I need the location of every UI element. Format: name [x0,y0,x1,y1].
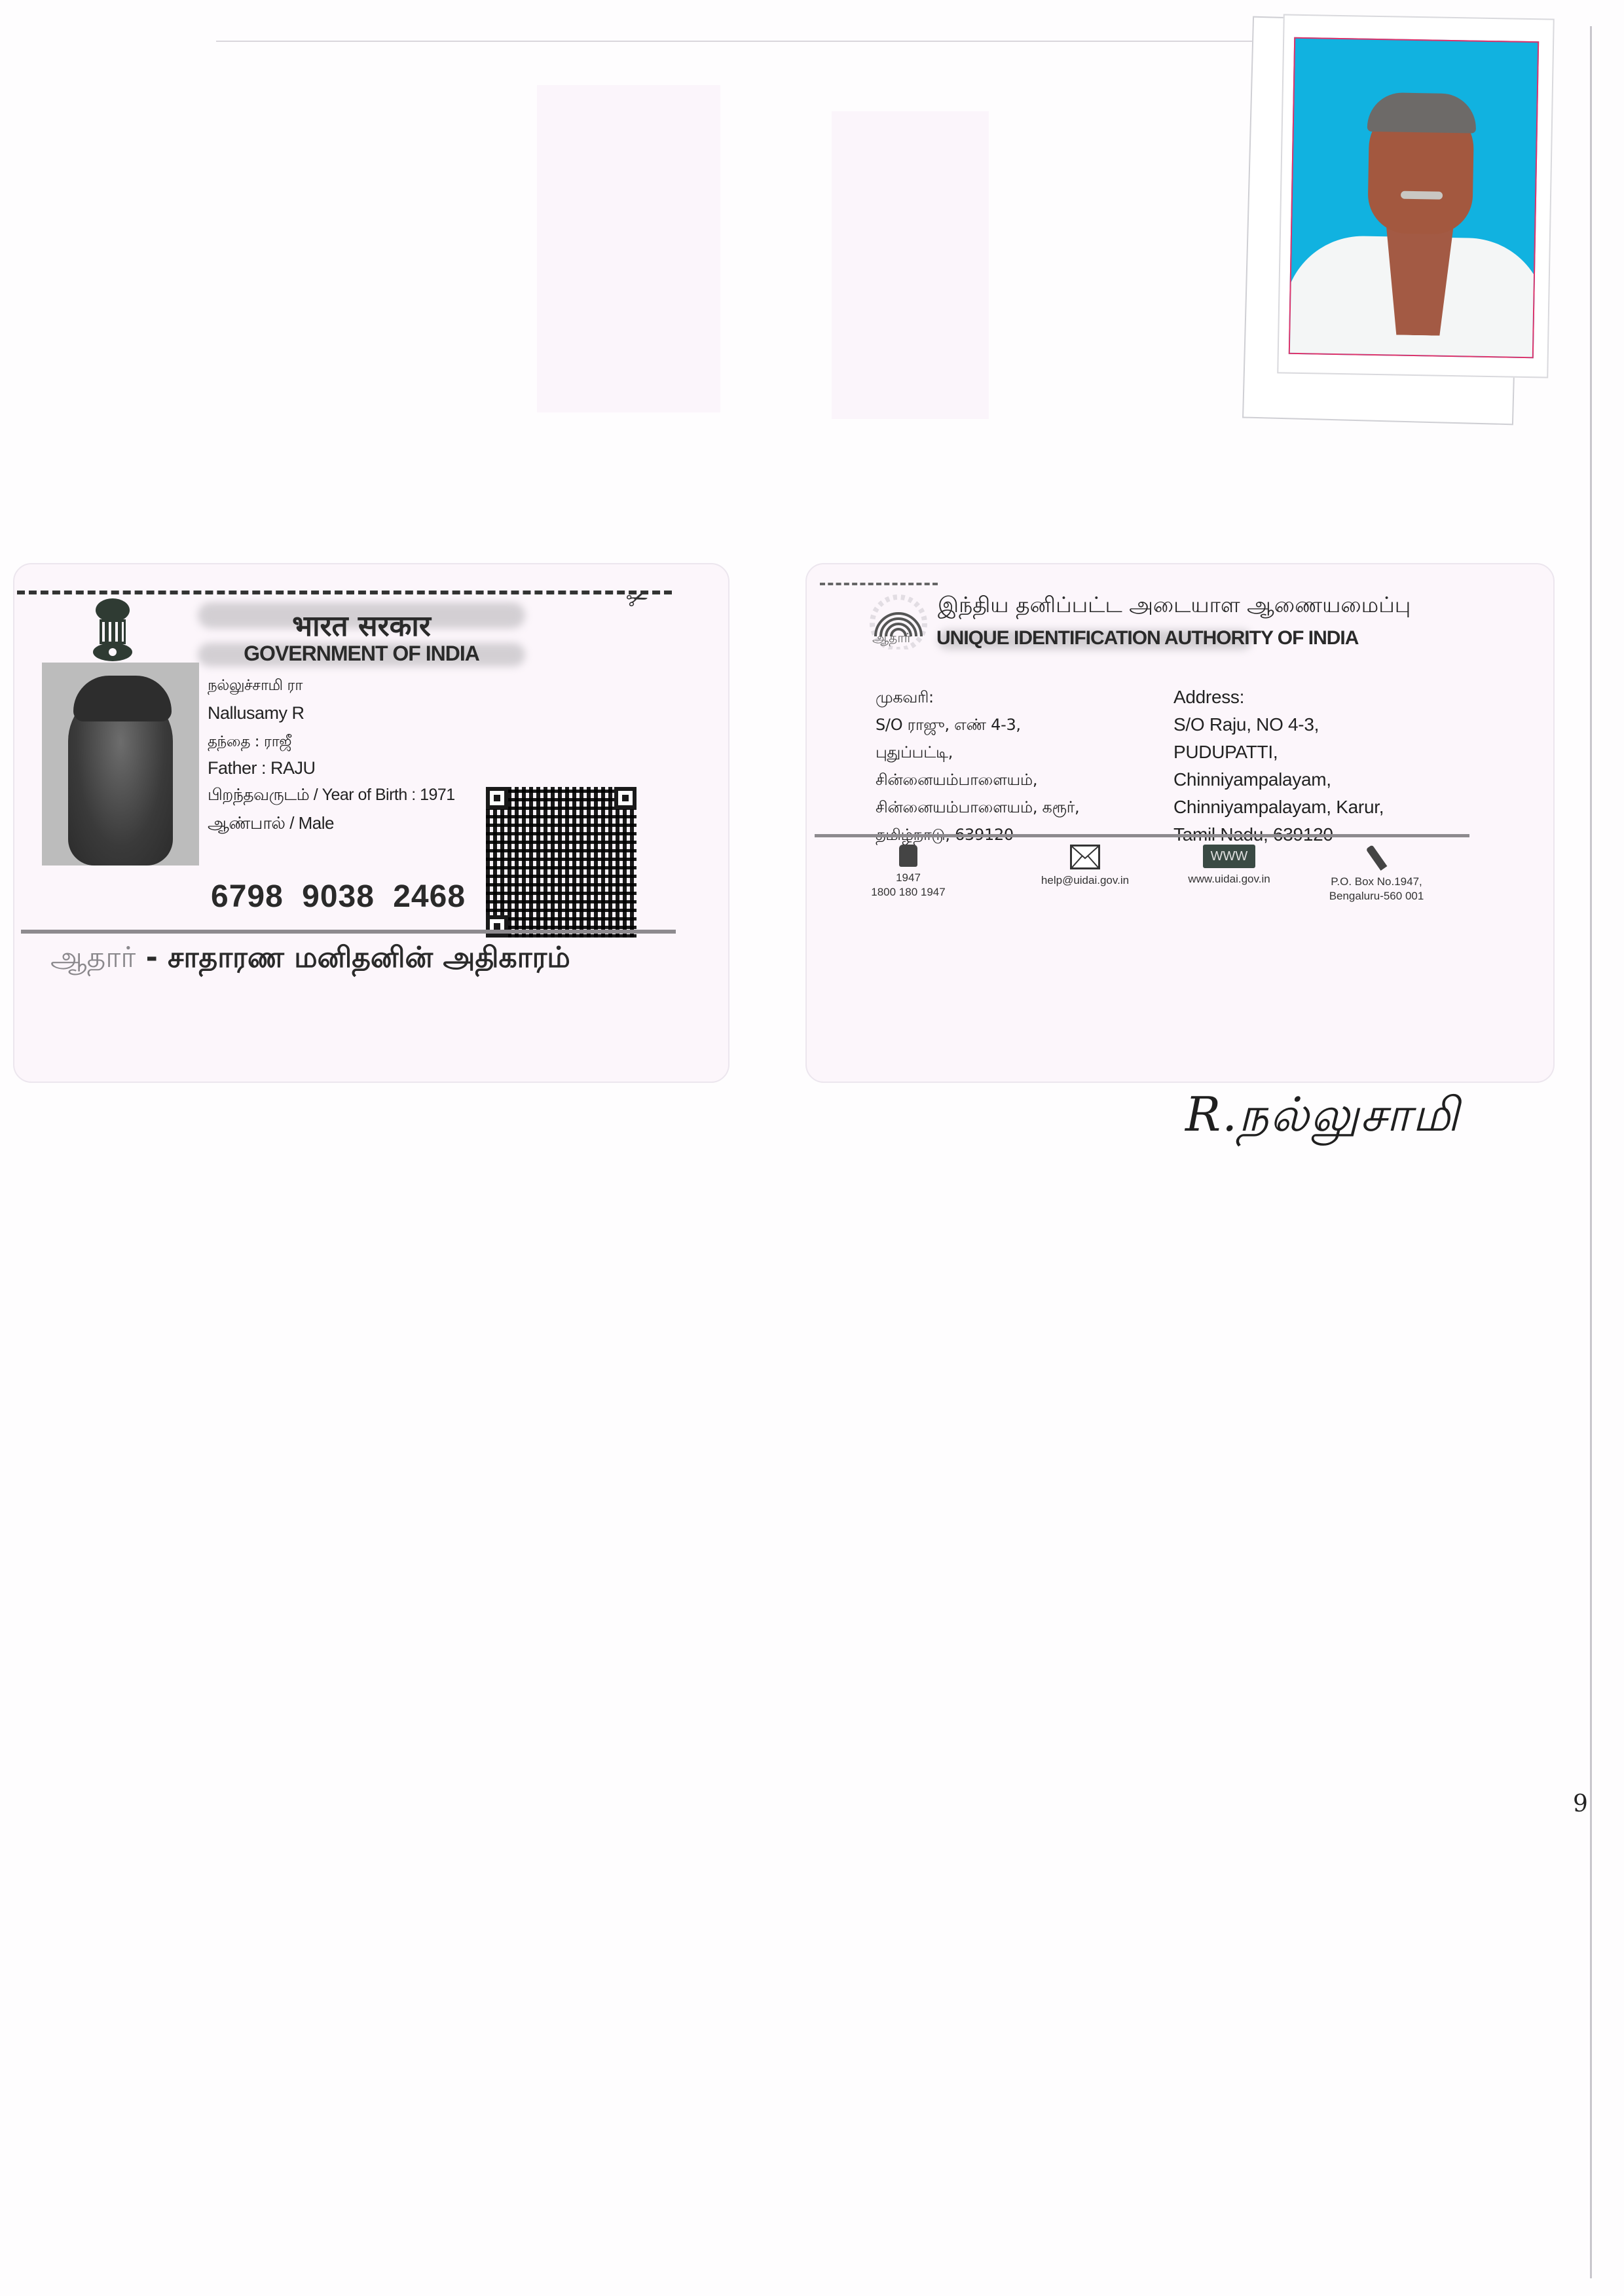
qr-finder [614,787,637,809]
aadhaar-tagline: ஆதார் - சாதாரண மனிதனின் அதிகாரம் [50,941,570,978]
gender: ஆண்பால் / Male [208,813,334,835]
father-english: Father : RAJU [208,758,316,778]
address-line: சின்னையம்பாளையம், [876,766,1079,793]
contact-email: help@uidai.gov.in [1029,845,1141,888]
address-line: Chinniyampalayam, Karur, [1173,793,1384,821]
address-line: S/O Raju, NO 4-3, [1173,711,1384,738]
divider [815,834,1469,837]
aadhaar-number: 6798 9038 2468 [211,879,466,915]
scan-outline [216,41,1297,42]
header-hindi: भारत सरकार [237,605,486,644]
phone-icon [899,845,917,867]
address-line: சின்னையம்பாளையம், கரூர், [876,793,1079,821]
divider [21,930,676,934]
qr-finder [486,915,508,938]
aadhaar-back-card: ஆதார் இந்திய தனிப்பட்ட அடையாள ஆணையமைப்பு… [805,563,1555,1083]
cut-line [820,583,938,585]
contact-line: help@uidai.gov.in [1029,873,1141,888]
address-label-tamil: முகவரி: [876,683,1079,711]
name-english: Nallusamy R [208,703,304,723]
tagline-text: - சாதாரண மனிதனின் அதிகாரம் [136,941,570,974]
address-english: Address: S/O Raju, NO 4-3, PUDUPATTI, Ch… [1173,683,1384,848]
scan-shadow [537,85,720,412]
photo-moustache [1401,191,1443,200]
scissors-icon: ✂ [622,581,653,617]
contact-line: 1800 180 1947 [866,885,951,900]
tagline-brand: ஆதார் [50,941,136,974]
scan-page-edge [1590,26,1592,2278]
address-tamil: முகவரி: S/O ராஜு, எண் 4-3, புதுப்பட்டி, … [876,683,1079,848]
address-line: PUDUPATTI, [1173,738,1384,766]
contact-line: Bengaluru-560 001 [1324,889,1429,903]
cut-line [17,591,672,594]
contact-line: 1947 [866,871,951,885]
uidai-header-tamil: இந்திய தனிப்பட்ட அடையாள ஆணையமைப்பு [938,592,1411,621]
contact-line: P.O. Box No.1947, [1324,875,1429,889]
address-label-english: Address: [1173,683,1384,711]
holder-photo-hair [73,676,172,721]
mail-icon [1070,845,1100,869]
national-emblem-icon [86,596,139,668]
year-of-birth: பிறந்தவருடம் / Year of Birth : 1971 [208,786,455,807]
header-english: GOVERNMENT OF INDIA [211,642,512,666]
name-tamil: நல்லுச்சாமி ரா [208,677,303,696]
passport-photo [1289,37,1539,358]
www-icon: WWW [1203,845,1255,868]
contact-phone: 1947 1800 180 1947 [866,845,951,900]
address-line: Chinniyampalayam, [1173,766,1384,793]
contact-website: WWW www.uidai.gov.in [1173,845,1285,886]
handwritten-margin-mark: 9 [1573,1791,1588,1817]
aadhaar-front-card: ✂ सत्यमेव जयते भारत सरकार GOVERNMENT OF … [13,563,729,1083]
qr-finder [486,787,508,809]
pen-icon [1366,845,1388,871]
address-line: S/O ராஜு, எண் 4-3, [876,711,1079,738]
uidai-header-english: UNIQUE IDENTIFICATION AUTHORITY OF INDIA [936,627,1358,649]
scan-shadow [832,111,989,419]
photo-hair [1367,92,1477,134]
father-tamil: தந்தை : ராஜீ [208,733,291,752]
handwritten-signature: R.நல்லுசாமி [1185,1087,1460,1148]
contact-line: www.uidai.gov.in [1173,872,1285,886]
address-line: புதுப்பட்டி, [876,738,1079,766]
qr-code [486,787,637,938]
holder-photo [42,663,199,866]
contact-postal: P.O. Box No.1947, Bengaluru-560 001 [1324,845,1429,903]
aadhaar-logo-text: ஆதார் [872,630,911,647]
